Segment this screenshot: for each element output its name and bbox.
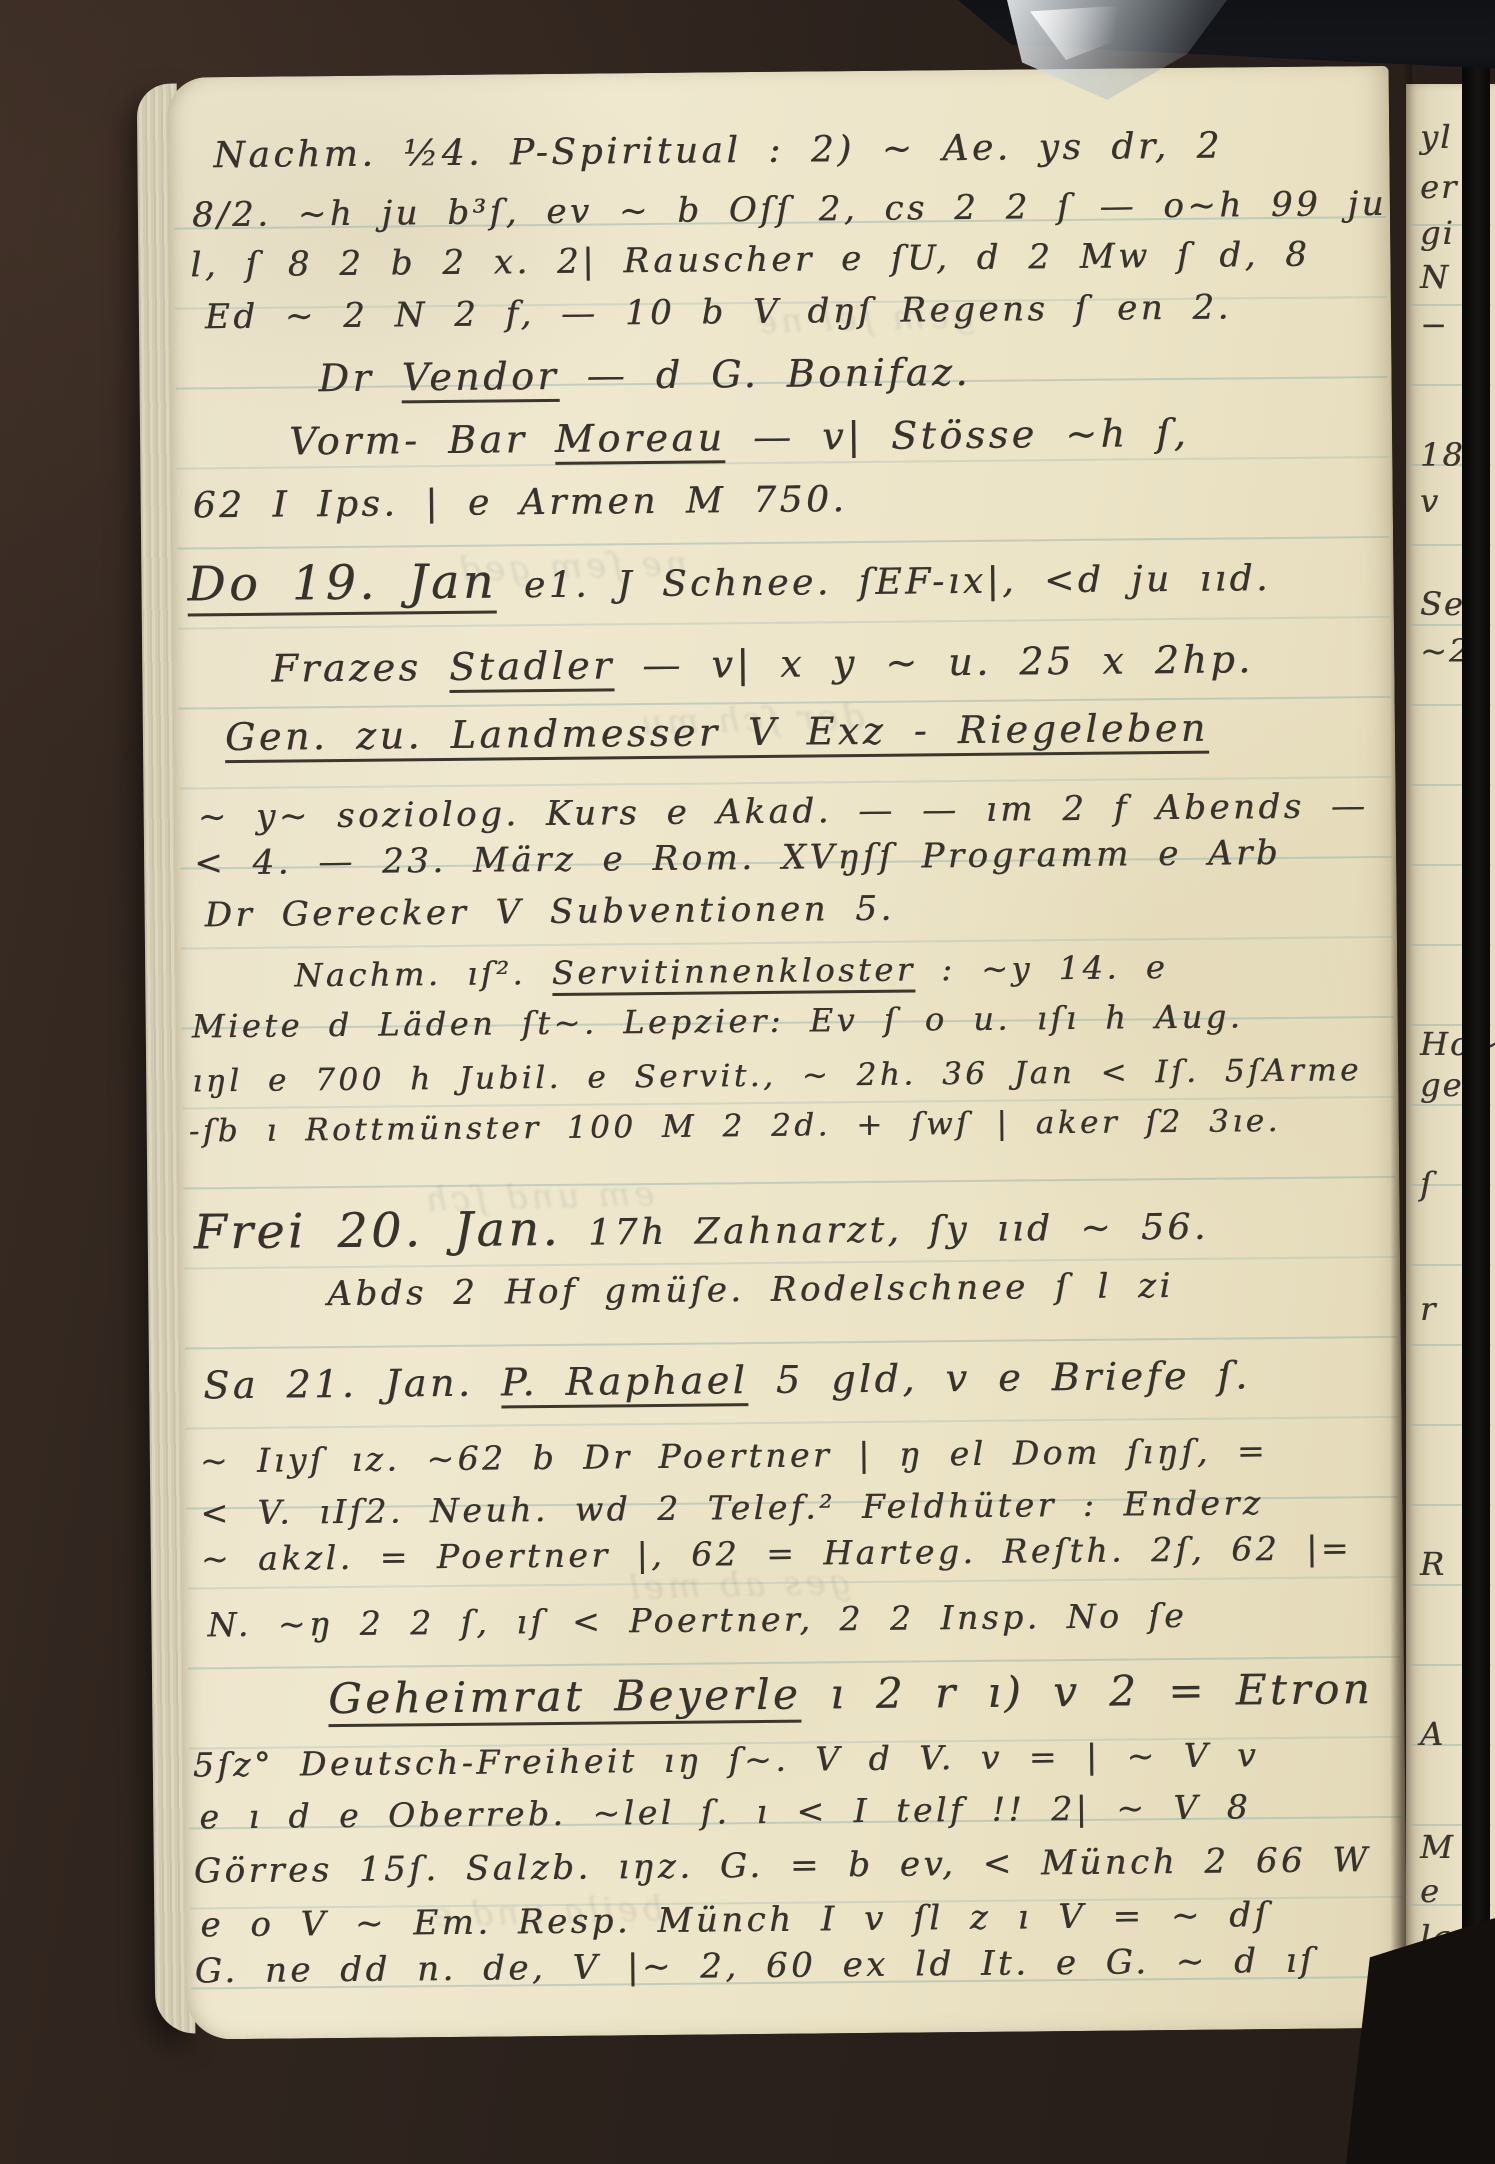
handwriting-line: Frazes Stadler — v| x y ~ u. 25 x 2hp. <box>271 637 1254 690</box>
handwriting-line: 5ſz° Deutsch-Freiheit ıŋ ſ~. V d V. v = … <box>193 1735 1260 1784</box>
handwriting-underlined-text: Moreau <box>555 415 726 465</box>
handwriting-text: Miete d Läden ſt~. Lepzier: Ev ſ o u. ıſ… <box>192 997 1244 1045</box>
handwriting-text: 17h Zahnarzt, ſy ııd ~ 56. <box>561 1207 1209 1254</box>
handwriting-line: ıŋl e 700 h Jubil. e Servit., ~ 2h. 36 J… <box>192 1052 1362 1099</box>
handwriting-line: Vorm- Bar Moreau — v| Stösse ~h ſ, <box>289 411 1190 464</box>
handwriting-fragment: Se <box>1420 585 1465 623</box>
handwriting-text: : ~y 14. e <box>915 948 1168 988</box>
handwriting-fragment: v <box>1420 482 1440 520</box>
handwriting-line: Dr Gerecker V Subventionen 5. <box>204 889 894 936</box>
handwriting-line: Gen. zu. Landmesser V Exz - Riegeleben <box>225 706 1209 759</box>
handwriting-text: ~ Iıyſ ız. ~62 b Dr Poertner | ŋ el Dom … <box>200 1431 1269 1480</box>
handwriting-fragment: yl <box>1420 118 1452 156</box>
handwriting-line: e o V ~ Em. Resp. Münch I v ſl z ı V = ~… <box>200 1895 1271 1945</box>
handwriting-text: — v| Stösse ~h ſ, <box>725 411 1189 459</box>
book-binding-strip <box>1462 30 1490 2164</box>
handwriting-text: Abds 2 Hof gmüſe. Rodelschnee ſ l zi <box>327 1266 1174 1314</box>
handwriting-text: Nachm. ıſ². <box>294 954 552 994</box>
handwriting-line: 62 I Ips. | e Armen M 750. <box>193 479 848 526</box>
handwriting-line: Miete d Läden ſt~. Lepzier: Ev ſ o u. ıſ… <box>192 997 1244 1045</box>
handwriting-text: 5ſz° Deutsch-Freiheit ıŋ ſ~. V d V. v = … <box>193 1735 1260 1784</box>
handwriting-fragment: A <box>1420 1715 1445 1753</box>
handwriting-text: Ed ~ 2 N 2 f, — 10 b V dŋſ Regens ſ en 2… <box>205 287 1232 337</box>
handwriting-text: Frazes <box>271 645 449 691</box>
notebook-page: gem ſel nene ſem gedder ſch muem und ſch… <box>167 66 1408 2040</box>
handwriting-text: ıŋl e 700 h Jubil. e Servit., ~ 2h. 36 J… <box>192 1052 1362 1099</box>
handwriting-text: Sa 21. Jan. <box>203 1361 501 1408</box>
ruled-line <box>181 936 1393 950</box>
handwriting-text: Görres 15ſ. Salzb. ıŋz. G. = b ev, < Mün… <box>194 1840 1371 1891</box>
handwriting-text: Vorm- Bar <box>289 417 555 464</box>
handwriting-line: ~ Iıyſ ız. ~62 b Dr Poertner | ŋ el Dom … <box>200 1431 1269 1480</box>
handwriting-text: e ı d e Oberreb. ~lel ſ. ı < I telf !! 2… <box>199 1787 1251 1836</box>
handwriting-text: Dr Gerecker V Subventionen 5. <box>204 889 894 936</box>
handwriting-text: 62 I Ips. | e Armen M 750. <box>193 479 848 526</box>
handwriting-line: Sa 21. Jan. P. Raphael 5 gld, v e Briefe… <box>203 1353 1251 1407</box>
handwriting-text: Dr <box>318 355 402 400</box>
handwriting-underlined-text: P. Raphael <box>501 1358 749 1408</box>
handwriting-fragment: − <box>1420 306 1449 344</box>
handwriting-text: -ſb ı Rottmünster 100 M 2 2d. + ſwſ | ak… <box>189 1103 1281 1149</box>
handwriting-line: e ı d e Oberreb. ~lel ſ. ı < I telf !! 2… <box>199 1787 1251 1836</box>
handwriting-line: Nachm. ½4. P-Spiritual : 2) ~ Ae. ys dr,… <box>213 126 1223 177</box>
handwriting-text: N. ~ŋ 2 2 ſ, ıſ < Poertner, 2 2 Insp. No… <box>207 1596 1187 1644</box>
handwriting-underlined-text: Geheimrat Beyerle <box>328 1670 802 1728</box>
handwriting-text: e1. J Schnee. ſEF-ıx|, <d ju ııd. <box>497 558 1271 606</box>
handwriting-line: < 4. — 23. März e Rom. XVŋſſ Programm e … <box>194 833 1281 883</box>
handwriting-underlined-text: Gen. zu. Landmesser V Exz - Riegeleben <box>225 706 1209 763</box>
handwriting-line: Geheimrat Beyerle ı 2 r ı) v 2 = Etron <box>328 1664 1373 1723</box>
handwriting-line: Nachm. ıſ². Servitinnenkloster : ~y 14. … <box>294 948 1168 994</box>
handwriting-underlined-text: Stadler <box>449 643 615 693</box>
handwriting-text: Nachm. ½4. P-Spiritual : 2) ~ Ae. ys dr,… <box>213 126 1223 177</box>
handwriting-fragment: 18 <box>1420 436 1465 474</box>
handwriting-text: ~ akzl. = Poertner |, 62 = Harteg. Reſth… <box>201 1528 1352 1578</box>
handwriting-fragment: gi <box>1420 214 1455 252</box>
handwriting-line: ~ akzl. = Poertner |, 62 = Harteg. Reſth… <box>201 1528 1352 1578</box>
handwriting-text: e o V ~ Em. Resp. Münch I v ſl z ı V = ~… <box>200 1895 1271 1945</box>
handwriting-text: l, ſ 8 2 b 2 x. 2| Rauscher e ſU, d 2 Mw… <box>190 235 1310 286</box>
handwriting-line: < V. ıIſ2. Neuh. wd 2 Telef.² Feldhüter … <box>200 1483 1263 1532</box>
ruled-line <box>178 616 1390 630</box>
handwriting-layer: Nachm. ½4. P-Spiritual : 2) ~ Ae. ys dr,… <box>167 66 1389 78</box>
handwriting-fragment: N <box>1420 258 1450 296</box>
tilted-page-group: gem ſel nene ſem gedder ſch muem und ſch… <box>0 0 1495 2164</box>
ruled-line <box>185 1336 1397 1350</box>
handwriting-line: Dr Vendor — d G. Bonifaz. <box>318 350 971 400</box>
handwriting-underlined-text: Vendor <box>402 354 560 404</box>
ink-showthrough-layer: gem ſel nene ſem gedder ſch muem und ſch… <box>167 66 1389 78</box>
handwriting-text: ~ y~ soziolog. Kurs e Akad. — — ım 2 f A… <box>198 786 1369 837</box>
handwriting-fragment: ſ <box>1420 1165 1434 1203</box>
ruled-line <box>183 1176 1395 1190</box>
handwriting-text: — d G. Bonifaz. <box>559 350 971 398</box>
handwriting-line: ~ y~ soziolog. Kurs e Akad. — — ım 2 f A… <box>198 786 1369 837</box>
ruled-lines <box>167 66 1389 78</box>
handwriting-text: 8/2. ~h ju b³ſ, ev ~ b Oſſ 2, cs 2 2 ſ —… <box>192 183 1408 235</box>
handwriting-text: < 4. — 23. März e Rom. XVŋſſ Programm e … <box>194 833 1281 883</box>
handwriting-text: ı 2 r ı) v 2 = Etron <box>801 1664 1373 1718</box>
handwriting-line: Do 19. Jan e1. J Schnee. ſEF-ıx|, <d ju … <box>187 547 1271 612</box>
handwriting-line: N. ~ŋ 2 2 ſ, ıſ < Poertner, 2 2 Insp. No… <box>207 1596 1187 1644</box>
handwriting-line: Frei 20. Jan. 17h Zahnarzt, ſy ııd ~ 56. <box>193 1196 1209 1261</box>
handwriting-text: Frei 20. Jan. <box>193 1202 561 1261</box>
handwriting-fragment: e <box>1420 1872 1441 1910</box>
handwriting-line: 8/2. ~h ju b³ſ, ev ~ b Oſſ 2, cs 2 2 ſ —… <box>192 183 1408 235</box>
ruled-line <box>186 1416 1398 1430</box>
handwriting-fragment: r <box>1420 1290 1437 1328</box>
handwriting-line: Ed ~ 2 N 2 f, — 10 b V dŋſ Regens ſ en 2… <box>205 287 1232 337</box>
handwriting-line: Görres 15ſ. Salzb. ıŋz. G. = b ev, < Mün… <box>194 1840 1371 1891</box>
handwriting-fragment: M <box>1420 1828 1455 1866</box>
handwriting-underlined-text: Servitinnenkloster <box>552 951 916 996</box>
handwriting-text: 5 gld, v e Briefe ſ. <box>748 1353 1251 1402</box>
handwriting-line: Abds 2 Hof gmüſe. Rodelschnee ſ l zi <box>327 1266 1174 1314</box>
photo-scene: gem ſel nene ſem gedder ſch muem und ſch… <box>0 0 1495 2164</box>
handwriting-text: G. ne dd n. de, V |~ 2, 60 ex ld It. e G… <box>195 1941 1317 1992</box>
handwriting-line: -ſb ı Rottmünster 100 M 2 2d. + ſwſ | ak… <box>189 1103 1281 1149</box>
handwriting-fragment: R <box>1420 1545 1446 1583</box>
handwriting-line: l, ſ 8 2 b 2 x. 2| Rauscher e ſU, d 2 Mw… <box>190 235 1310 286</box>
handwriting-underlined-text: Do 19. Jan <box>187 555 497 617</box>
handwriting-text: — v| x y ~ u. 25 x 2hp. <box>614 637 1254 687</box>
handwriting-text: < V. ıIſ2. Neuh. wd 2 Telef.² Feldhüter … <box>200 1483 1263 1532</box>
handwriting-fragment: er <box>1420 168 1458 206</box>
handwriting-line: G. ne dd n. de, V |~ 2, 60 ex ld It. e G… <box>195 1941 1317 1992</box>
